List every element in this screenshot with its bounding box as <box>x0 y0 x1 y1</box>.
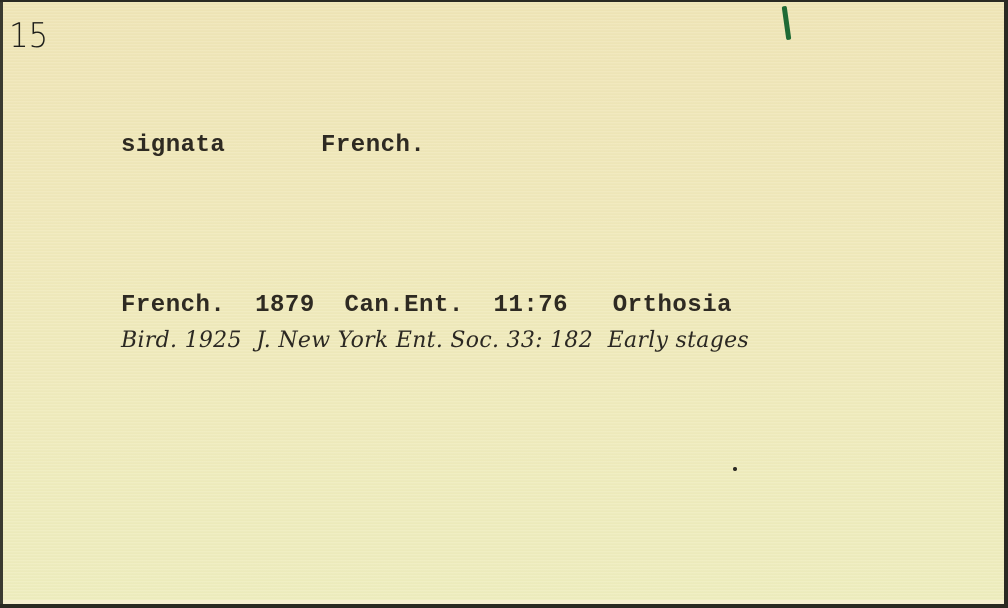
species-author: French. <box>321 132 425 159</box>
ink-dot <box>733 467 737 471</box>
index-card: 15 signata French. French. 1879 Can.Ent.… <box>0 2 1004 604</box>
card-number: 15 <box>9 16 48 56</box>
typed-reference: French. 1879 Can.Ent. 11:76 Orthosia <box>121 292 732 319</box>
handwritten-reference: Bird. 1925 J. New York Ent. Soc. 33: 182… <box>121 328 749 353</box>
green-tab-mark <box>782 6 792 40</box>
species-name: signata <box>121 132 225 159</box>
card-edge <box>3 600 1004 604</box>
